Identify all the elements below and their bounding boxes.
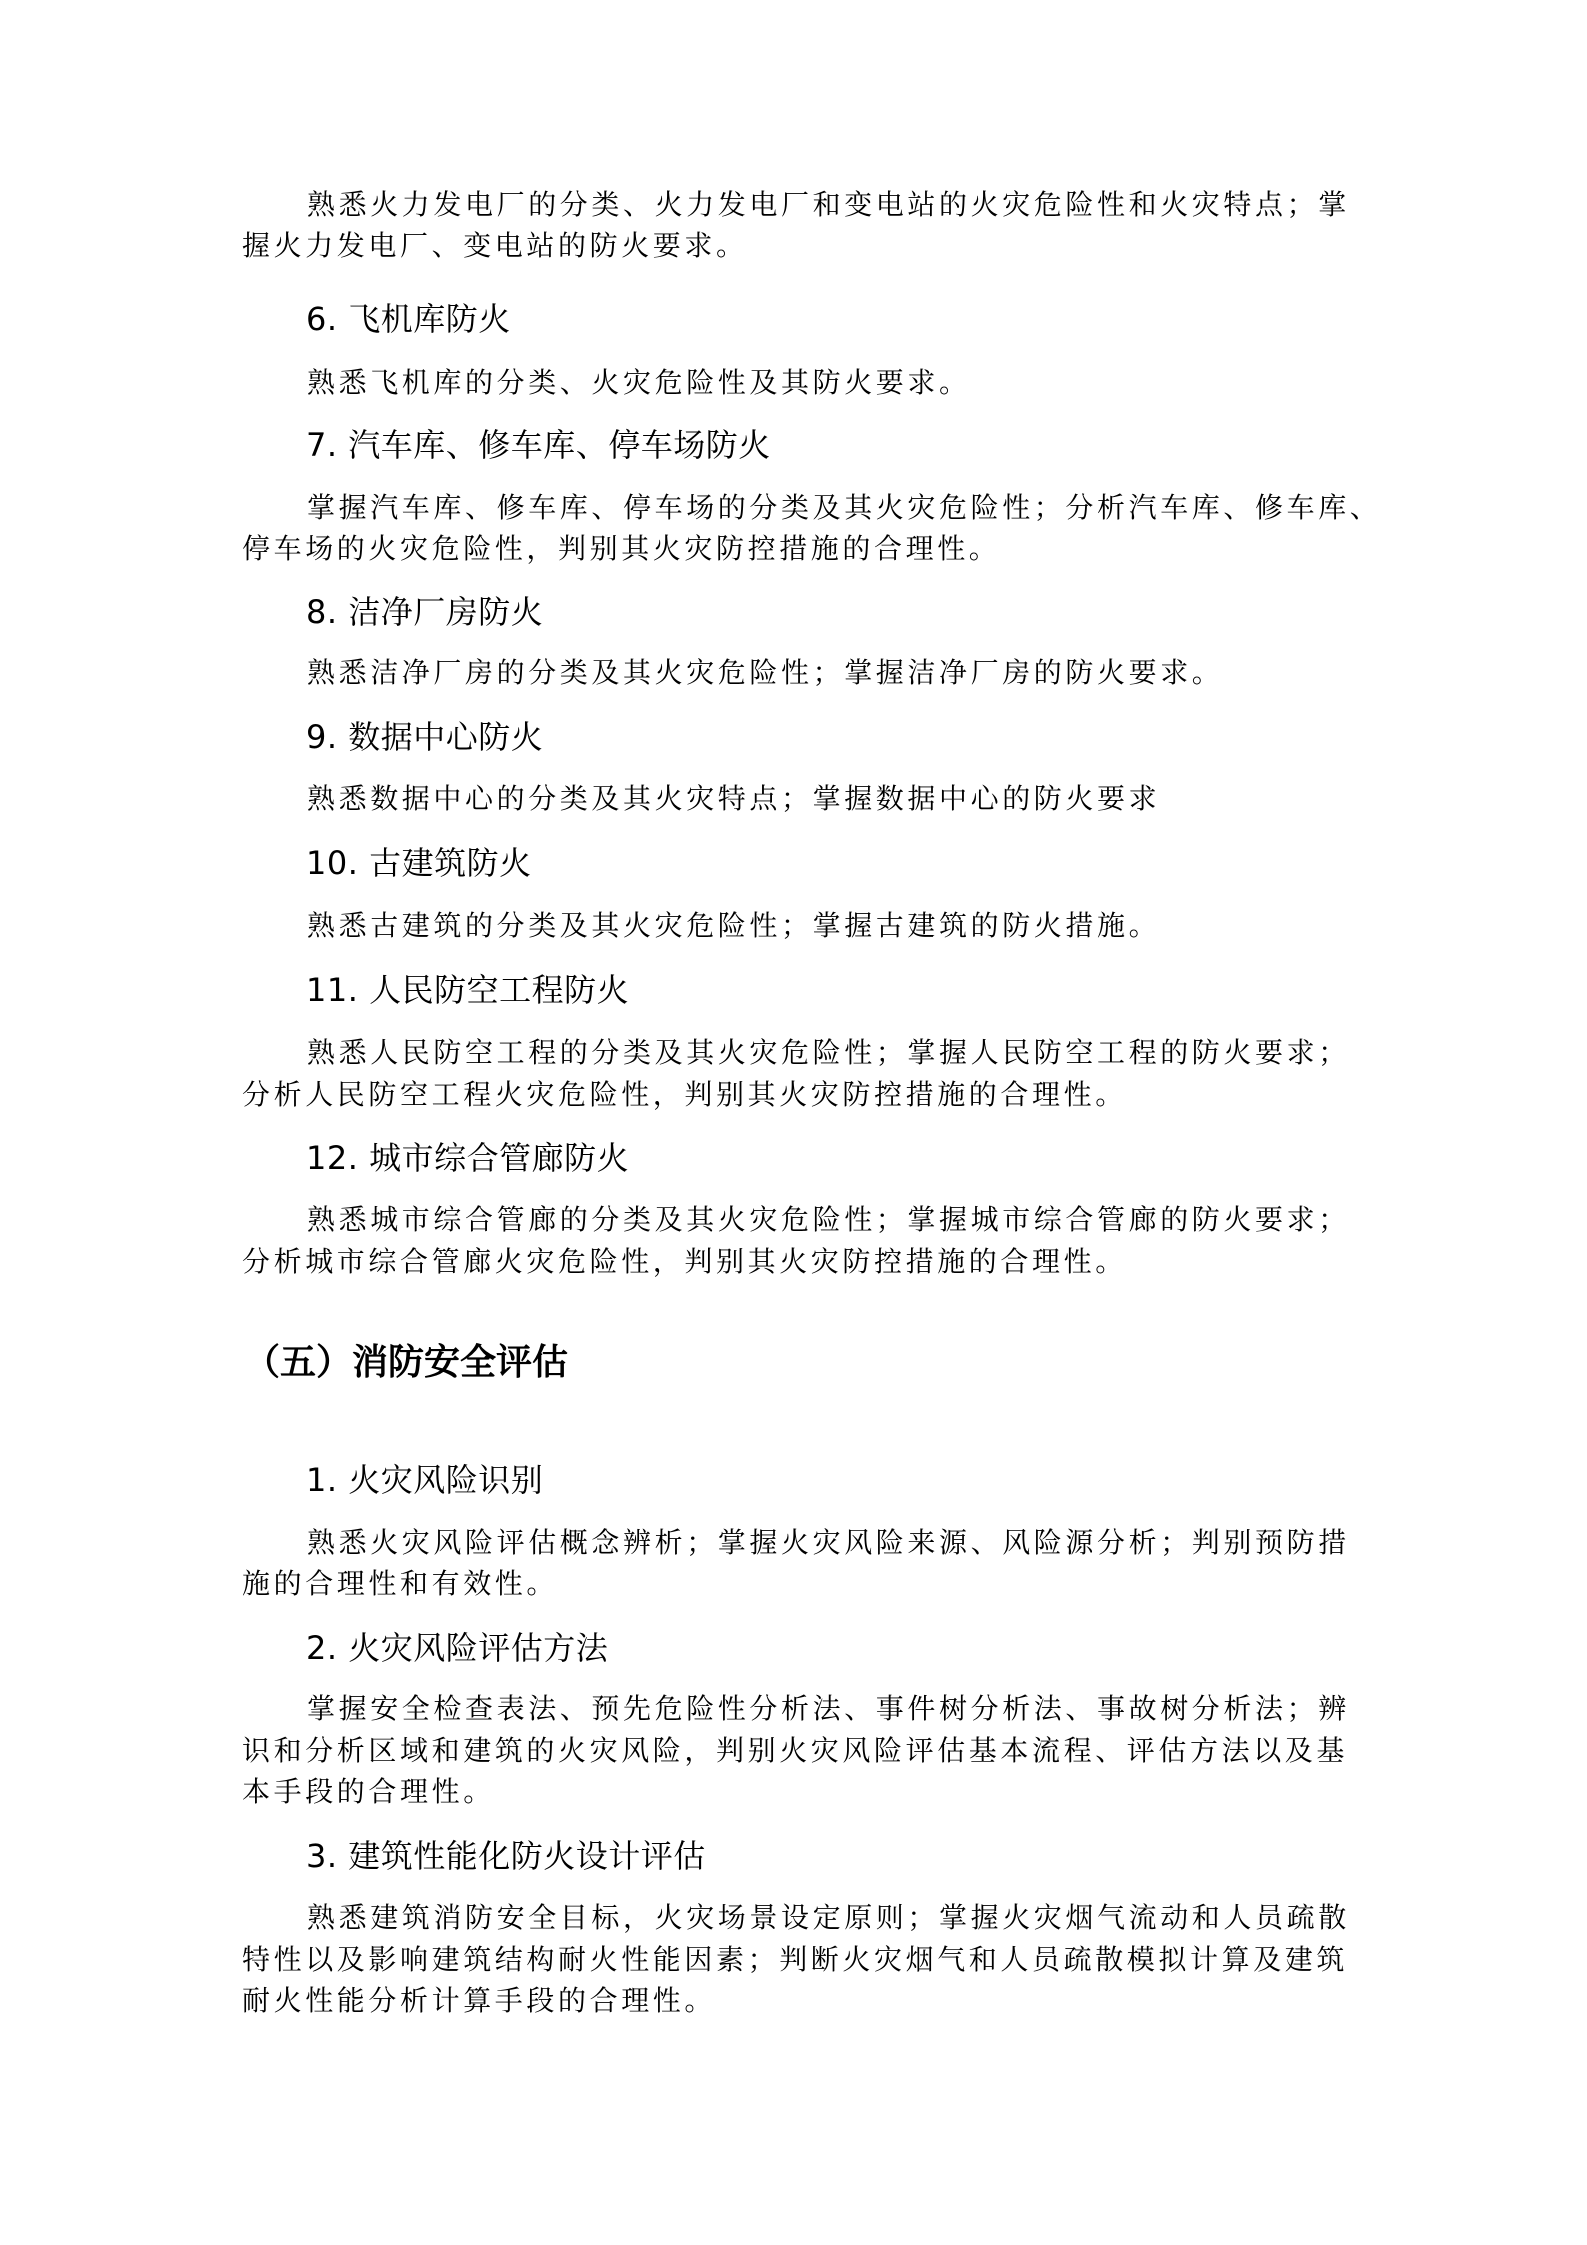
paragraph-line: 熟悉人民防空工程的分类及其火灾危险性；掌握人民防空工程的防火要求； (307, 1032, 1343, 1074)
subsection-heading: 6. 飞机库防火 (306, 297, 511, 341)
paragraph-line: 握火力发电厂、变电站的防火要求。 (242, 225, 748, 267)
subsection-heading: 1. 火灾风险识别 (306, 1458, 543, 1502)
subsection-heading: 2. 火灾风险评估方法 (306, 1626, 608, 1670)
paragraph-line: 特性以及影响建筑结构耐火性能因素；判断火灾烟气和人员疏散模拟计算及建筑 (242, 1939, 1343, 1981)
paragraph-line: 熟悉城市综合管廊的分类及其火灾危险性；掌握城市综合管廊的防火要求； (307, 1199, 1343, 1241)
paragraph-line: 熟悉飞机库的分类、火灾危险性及其防火要求。 (307, 362, 971, 404)
paragraph-line: 识和分析区域和建筑的火灾风险，判别火灾风险评估基本流程、评估方法以及基 (242, 1730, 1343, 1772)
document-page: 熟悉火力发电厂的分类、火力发电厂和变电站的火灾危险性和火灾特点；掌 握火力发电厂… (0, 0, 1587, 2245)
paragraph-line: 耐火性能分析计算手段的合理性。 (242, 1980, 716, 2022)
paragraph-line: 分析人民防空工程火灾危险性，判别其火灾防控措施的合理性。 (242, 1074, 1127, 1116)
paragraph-line: 熟悉数据中心的分类及其火灾特点；掌握数据中心的防火要求 (307, 778, 1160, 820)
paragraph-line: 熟悉建筑消防安全目标，火灾场景设定原则；掌握火灾烟气流动和人员疏散 (307, 1897, 1343, 1939)
paragraph-line: 停车场的火灾危险性，判别其火灾防控措施的合理性。 (242, 528, 1000, 570)
paragraph-line: 掌握汽车库、修车库、停车场的分类及其火灾危险性；分析汽车库、修车库、 (307, 487, 1343, 529)
paragraph-line: 熟悉火灾风险评估概念辨析；掌握火灾风险来源、风险源分析；判别预防措 (307, 1522, 1343, 1564)
paragraph-line: 熟悉洁净厂房的分类及其火灾危险性；掌握洁净厂房的防火要求。 (307, 652, 1223, 694)
subsection-heading: 8. 洁净厂房防火 (306, 590, 543, 634)
subsection-heading: 10. 古建筑防火 (306, 841, 532, 885)
paragraph-line: 本手段的合理性。 (242, 1771, 495, 1813)
paragraph-line: 掌握安全检查表法、预先危险性分析法、事件树分析法、事故树分析法；辨 (307, 1688, 1343, 1730)
subsection-heading: 12. 城市综合管廊防火 (306, 1136, 629, 1180)
paragraph-line: 熟悉古建筑的分类及其火灾危险性；掌握古建筑的防火措施。 (307, 905, 1160, 947)
subsection-heading: 9. 数据中心防火 (306, 715, 543, 759)
subsection-heading: 11. 人民防空工程防火 (306, 968, 629, 1012)
subsection-heading: 7. 汽车库、修车库、停车场防火 (306, 423, 771, 467)
paragraph-line: 分析城市综合管廊火灾危险性，判别其火灾防控措施的合理性。 (242, 1241, 1127, 1283)
subsection-heading: 3. 建筑性能化防火设计评估 (306, 1834, 706, 1878)
paragraph-line: 施的合理性和有效性。 (242, 1563, 558, 1605)
paragraph-line: 熟悉火力发电厂的分类、火力发电厂和变电站的火灾危险性和火灾特点；掌 (307, 184, 1343, 226)
section-heading: （五）消防安全评估 (244, 1338, 568, 1388)
